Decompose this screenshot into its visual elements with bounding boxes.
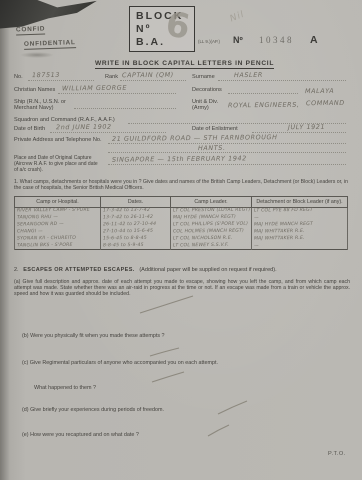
- scanned-pow-form: CONFID ONFIDENTIAL BLOCK Nº B.A. 6 Nil (…: [0, 0, 362, 480]
- pencil-stroke-answer-e: [208, 425, 229, 436]
- pto-note: P.T.O.: [328, 451, 346, 457]
- pencil-stroke-answer-b: [150, 348, 179, 356]
- pencil-stroke-answer-c: [152, 372, 184, 382]
- pencil-stroke-answer-a: [140, 296, 193, 313]
- pencil-stroke-answer-d: [218, 401, 247, 414]
- pencil-strokes-overlay: [0, 0, 362, 480]
